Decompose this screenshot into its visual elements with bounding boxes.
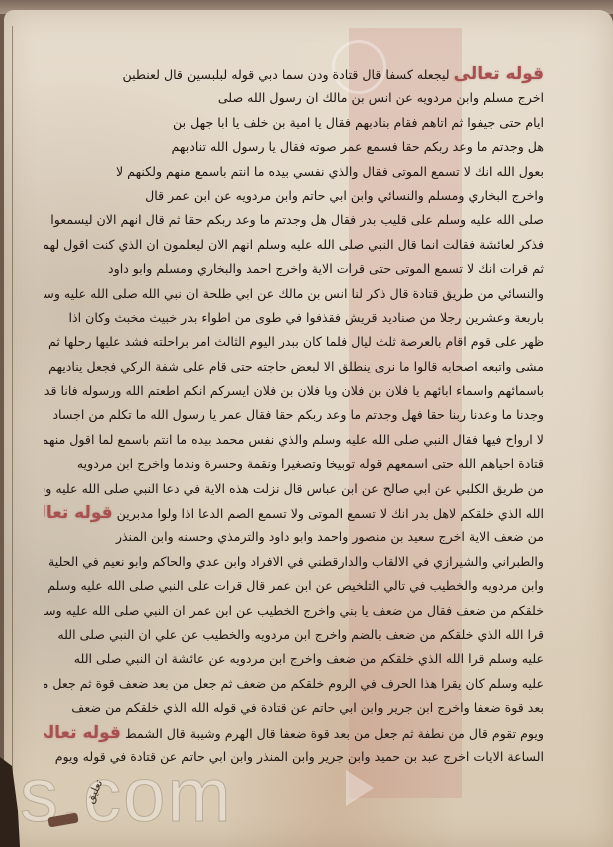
line-text: ايام حتى جيفوا ثم اتاهم فقام بنادبهم فقا… [173, 115, 544, 130]
manuscript-line: بعول الله انك لا تسمع الموتى فقال والذي … [44, 160, 544, 184]
line-text: خلقكم من ضعف فقال من ضعف يا بني واخرج ال… [44, 603, 544, 618]
manuscript-line: واخرج البخاري ومسلم والنسائي وابن ابي حا… [44, 184, 544, 208]
manuscript-line: الله الذي خلقكم لاهل بدر انك لا تسمع الم… [44, 501, 544, 525]
manuscript-line: ويوم تقوم قال من نطفة ثم جعل من بعد قوة … [44, 721, 544, 745]
line-text: عليه وسلم كان يقرا هذا الحرف في الروم خل… [44, 676, 544, 691]
rubric-heading: قوله تعالى [44, 503, 113, 523]
manuscript-line: فذكر لعائشة فقالت انما قال النبي صلى الل… [44, 233, 544, 257]
manuscript-line: ايام حتى جيفوا ثم اتاهم فقام بنادبهم فقا… [44, 111, 544, 135]
line-text: ليجعله كسفا قال قتادة ودن سما دبي قوله ل… [123, 67, 450, 82]
line-text: اخرج مسلم وابن مردويه عن انس بن مالك ان … [218, 90, 544, 105]
manuscript-line: عليه وسلم قرا الله الذي خلقكم من ضعف واخ… [44, 647, 544, 671]
rubric-heading: قوله تعالى [44, 723, 121, 743]
manuscript-line: ظهر على قوم اقام بالعرصة ثلث ليال فلما ك… [44, 330, 544, 354]
line-text: مشى واتبعه اصحابه قالوا ما نرى ينطلق الا… [48, 359, 544, 374]
manuscript-line: لا ارواح فيها فقال النبي صلى الله عليه و… [44, 428, 544, 452]
line-text: قال من نطفة ثم جعل من بعد قوة ضعفا قال ا… [125, 726, 488, 741]
manuscript-line: من ضعف الاية اخرج سعيد بن منصور واحمد وا… [44, 525, 544, 549]
manuscript-line: صلى الله عليه وسلم على قليب بدر فقال هل … [44, 208, 544, 232]
line-text: باربعة وعشرين رجلا من صناديد قريش فقذفوا… [69, 310, 544, 325]
manuscript-line: هل وجدتم ما وعد ربكم حقا فسمع عمر صوته ف… [44, 135, 544, 159]
line-text: صلى الله عليه وسلم على قليب بدر فقال هل … [50, 212, 544, 227]
line-text: من ضعف الاية اخرج سعيد بن منصور واحمد وا… [116, 529, 544, 544]
line-text: لا ارواح فيها فقال النبي صلى الله عليه و… [44, 432, 544, 447]
manuscript-line: باربعة وعشرين رجلا من صناديد قريش فقذفوا… [44, 306, 544, 330]
line-text: قرا الله الذي خلقكم من ضعف بالضم واخرج ا… [57, 627, 544, 642]
manuscript-line: خلقكم من ضعف فقال من ضعف يا بني واخرج ال… [44, 599, 544, 623]
line-text: فذكر لعائشة فقالت انما قال النبي صلى الل… [44, 237, 544, 252]
manuscript-line: وابن مردويه والخطيب في تالي التلخيص عن ا… [44, 574, 544, 598]
binding-edge [12, 26, 13, 846]
line-text: وجدنا ما وعدنا ربنا حقا فهل وجدتم ما وعد… [52, 407, 544, 422]
line-text: لاهل بدر انك لا تسمع الموتى ولا تسمع الص… [117, 506, 457, 521]
manuscript-line: والطبراني والشيرازي في الالقاب والدارقطن… [44, 550, 544, 574]
line-text: باسمائهم واسماء ابائهم يا فلان بن فلان و… [44, 383, 544, 398]
manuscript-line: قرا الله الذي خلقكم من ضعف بالضم واخرج ا… [44, 623, 544, 647]
manuscript-line: ثم قرات انك لا تسمع الموتى حتى قرات الاي… [44, 257, 544, 281]
line-continuation: الله الذي خلقكم [460, 506, 544, 521]
line-text: وابن مردويه والخطيب في تالي التلخيص عن ا… [44, 578, 544, 593]
manuscript-line: وجدنا ما وعدنا ربنا حقا فهل وجدتم ما وعد… [44, 403, 544, 427]
line-text: والطبراني والشيرازي في الالقاب والدارقطن… [48, 554, 544, 569]
line-text: قتادة احياهم الله حتى اسمعهم قوله توبيخا… [77, 456, 544, 471]
line-text: ظهر على قوم اقام بالعرصة ثلث ليال فلما ك… [48, 334, 544, 349]
line-continuation: ويوم تقوم [492, 726, 544, 741]
line-text: بعد قوة ضعفا واخرج ابن جرير وابن ابي حات… [71, 700, 544, 715]
manuscript-line: قوله تعالى ليجعله كسفا قال قتادة ودن سما… [44, 62, 544, 86]
manuscript-line: مشى واتبعه اصحابه قالوا ما نرى ينطلق الا… [44, 355, 544, 379]
watermark-play-icon [346, 770, 374, 806]
manuscript-line: قتادة احياهم الله حتى اسمعهم قوله توبيخا… [44, 452, 544, 476]
line-text: ثم قرات انك لا تسمع الموتى حتى قرات الاي… [108, 261, 544, 276]
manuscript-line: بعد قوة ضعفا واخرج ابن جرير وابن ابي حات… [44, 696, 544, 720]
manuscript-line: عليه وسلم كان يقرا هذا الحرف في الروم خل… [44, 672, 544, 696]
manuscript-line: باسمائهم واسماء ابائهم يا فلان بن فلان و… [44, 379, 544, 403]
line-text: من طريق الكلبي عن ابي صالح عن ابن عباس ق… [44, 481, 544, 496]
line-text: واخرج البخاري ومسلم والنسائي وابن ابي حا… [145, 188, 544, 203]
line-text: والنسائي من طريق قتادة قال ذكر لنا انس ب… [44, 286, 544, 301]
manuscript-text-block: قوله تعالى ليجعله كسفا قال قتادة ودن سما… [44, 62, 544, 769]
rubric-heading: قوله تعالى [454, 64, 544, 84]
manuscript-line: والنسائي من طريق قتادة قال ذكر لنا انس ب… [44, 282, 544, 306]
line-text: هل وجدتم ما وعد ربكم حقا فسمع عمر صوته ف… [172, 139, 544, 154]
manuscript-line: من طريق الكلبي عن ابي صالح عن ابن عباس ق… [44, 477, 544, 501]
line-text: عليه وسلم قرا الله الذي خلقكم من ضعف واخ… [74, 651, 544, 666]
line-text: بعول الله انك لا تسمع الموتى فقال والذي … [116, 164, 544, 179]
manuscript-line: اخرج مسلم وابن مردويه عن انس بن مالك ان … [44, 86, 544, 110]
